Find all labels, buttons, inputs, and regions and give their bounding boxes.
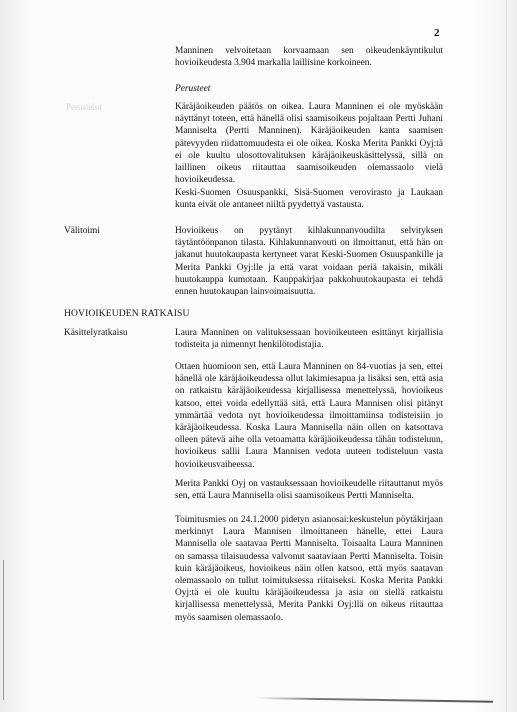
perusteet-paragraph-2: Keski-Suomen Osuuspankki, Sisä-Suomen ve… (175, 187, 443, 211)
scan-bottom-line (255, 697, 493, 703)
kasittelyratkaisu-paragraph-1: Laura Manninen on valituksessaan hovioik… (175, 327, 443, 351)
section-heading: HOVIOIKEUDEN RATKAISU (64, 308, 189, 319)
scan-right-shadow (506, 0, 507, 712)
scanned-document-page: 2 Manninen velvoitetaan korvaamaan sen o… (0, 0, 517, 712)
perusteet-paragraph-1: Käräjäoikeuden päätös on oikea. Laura Ma… (175, 101, 443, 186)
intro-paragraph: Manninen velvoitetaan korvaamaan sen oik… (175, 45, 443, 69)
kasittelyratkaisu-label: Käsittelyratkaisu (64, 328, 128, 338)
valitoimi-paragraph: Hovioikeus on pyytänyt kihlakunnanvoudil… (175, 225, 443, 298)
page-number: 2 (434, 27, 440, 39)
kasittelyratkaisu-paragraph-3: Merita Pankki Oyj on vastauksessaan hovi… (175, 478, 443, 502)
perusteet-heading: Perusteet (175, 84, 210, 94)
scan-left-edge (3, 560, 4, 700)
valitoimi-label: Välitoimi (64, 226, 100, 236)
kasittelyratkaisu-paragraph-4: Toimitusmies on 24.1.2000 pidetyn asiano… (175, 514, 443, 624)
faint-side-label: Perustelut (66, 102, 102, 112)
kasittelyratkaisu-paragraph-2: Ottaen huomioon sen, että Laura Manninen… (175, 361, 443, 471)
